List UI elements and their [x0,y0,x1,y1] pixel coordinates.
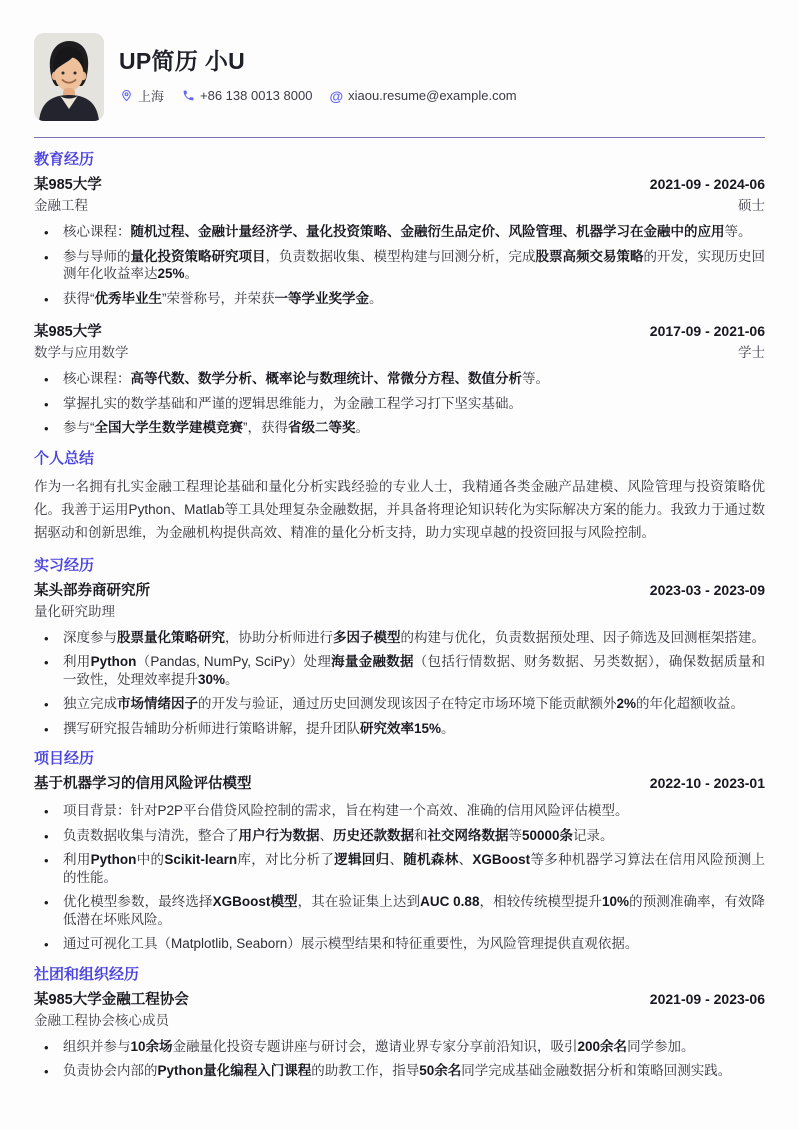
date-range: 2022-10 - 2023-01 [650,775,765,791]
at-sign-icon: @ [329,89,343,103]
date-range: 2021-09 - 2024-06 [650,176,765,192]
project-item-head: 基于机器学习的信用风险评估模型 2022-10 - 2023-01 [34,775,765,794]
education-item-sub: 金融工程 硕士 [34,197,765,215]
education-item-head: 某985大学 2021-09 - 2024-06 [34,176,765,195]
club-item-sub: 金融工程协会核心成员 [34,1012,765,1030]
section-title-education: 教育经历 [34,150,765,169]
bullet-list: 核心课程：高等代数、数学分析、概率论与数理统计、常微分方程、数值分析等。 掌握扎… [34,370,765,437]
contact-email: @ xiaou.resume@example.com [329,88,516,103]
avatar-illustration [34,33,104,121]
section-title-summary: 个人总结 [34,449,765,468]
location-pin-icon [119,89,133,103]
school-name: 某985大学 [34,176,102,195]
bullet-item: 利用Python中的Scikit-learn库，对比分析了逻辑回归、随机森林、X… [34,851,765,886]
section-title-clubs: 社团和组织经历 [34,965,765,984]
internship-item: 某头部券商研究所 2023-03 - 2023-09 量化研究助理 深度参与股票… [34,582,765,738]
contact-location-text: 上海 [138,86,164,105]
bullet-list: 核心课程：随机过程、金融计量经济学、量化投资策略、金融衍生品定价、风险管理、机器… [34,223,765,307]
bullet-list: 深度参与股票量化策略研究，协助分析师进行多因子模型的构建与优化，负责数据预处理、… [34,629,765,738]
role: 金融工程协会核心成员 [34,1012,169,1030]
bullet-item: 核心课程：高等代数、数学分析、概率论与数理统计、常微分方程、数值分析等。 [34,370,765,388]
bullet-item: 核心课程：随机过程、金融计量经济学、量化投资策略、金融衍生品定价、风险管理、机器… [34,223,765,241]
bullet-item: 深度参与股票量化策略研究，协助分析师进行多因子模型的构建与优化，负责数据预处理、… [34,629,765,647]
bullet-item: 独立完成市场情绪因子的开发与验证，通过历史回测发现该因子在特定市场环境下能贡献额… [34,695,765,713]
section-title-projects: 项目经历 [34,749,765,768]
club-item: 某985大学金融工程协会 2021-09 - 2023-06 金融工程协会核心成… [34,991,765,1080]
phone-icon [181,89,195,103]
resume-header: UP简历 小U 上海 [34,33,765,121]
section-clubs: 社团和组织经历 某985大学金融工程协会 2021-09 - 2023-06 金… [34,965,765,1080]
education-item-head: 某985大学 2017-09 - 2021-06 [34,323,765,342]
resume-page: UP简历 小U 上海 [0,0,799,1080]
header-divider [34,137,765,138]
major: 数学与应用数学 [34,344,129,362]
date-range: 2021-09 - 2023-06 [650,991,765,1007]
section-projects: 项目经历 基于机器学习的信用风险评估模型 2022-10 - 2023-01 项… [34,749,765,953]
section-summary: 个人总结 作为一名拥有扎实金融工程理论基础和量化分析实践经验的专业人士，我精通各… [34,449,765,544]
section-internship: 实习经历 某头部券商研究所 2023-03 - 2023-09 量化研究助理 深… [34,556,765,738]
contact-phone: +86 138 0013 8000 [181,88,312,103]
degree: 学士 [738,344,765,362]
date-range: 2017-09 - 2021-06 [650,323,765,339]
club-item-head: 某985大学金融工程协会 2021-09 - 2023-06 [34,991,765,1010]
bullet-item: 获得“优秀毕业生”荣誉称号，并荣获一等学业奖学金。 [34,290,765,308]
bullet-item: 撰写研究报告辅助分析师进行策略讲解，提升团队研究效率15%。 [34,720,765,738]
project-item: 基于机器学习的信用风险评估模型 2022-10 - 2023-01 项目背景：针… [34,775,765,953]
education-item: 某985大学 2017-09 - 2021-06 数学与应用数学 学士 核心课程… [34,323,765,437]
bullet-list: 组织并参与10余场金融量化投资专题讲座与研讨会，邀请业界专家分享前沿知识，吸引2… [34,1038,765,1080]
section-title-internship: 实习经历 [34,556,765,575]
bullet-item: 组织并参与10余场金融量化投资专题讲座与研讨会，邀请业界专家分享前沿知识，吸引2… [34,1038,765,1056]
contact-row: 上海 +86 138 0013 8000 @ xiaou.resume@exam… [119,86,517,105]
section-education: 教育经历 某985大学 2021-09 - 2024-06 金融工程 硕士 核心… [34,150,765,437]
major: 金融工程 [34,197,88,215]
avatar-photo [34,33,104,121]
bullet-item: 优化模型参数，最终选择XGBoost模型，其在验证集上达到AUC 0.88，相较… [34,893,765,928]
contact-email-text: xiaou.resume@example.com [348,88,517,103]
company-name: 某头部券商研究所 [34,582,150,601]
org-name: 某985大学金融工程协会 [34,991,189,1010]
education-item-sub: 数学与应用数学 学士 [34,344,765,362]
project-name: 基于机器学习的信用风险评估模型 [34,775,252,794]
bullet-item: 项目背景：针对P2P平台借贷风险控制的需求，旨在构建一个高效、准确的信用风险评估… [34,802,765,820]
bullet-item: 负责协会内部的Python量化编程入门课程的助教工作，指导50余名同学完成基础金… [34,1062,765,1080]
role: 量化研究助理 [34,603,115,621]
summary-paragraph: 作为一名拥有扎实金融工程理论基础和量化分析实践经验的专业人士，我精通各类金融产品… [34,475,765,544]
contact-phone-text: +86 138 0013 8000 [200,88,312,103]
internship-item-sub: 量化研究助理 [34,603,765,621]
bullet-item: 参与导师的量化投资策略研究项目，负责数据收集、模型构建与回测分析，完成股票高频交… [34,248,765,283]
header-text-block: UP简历 小U 上海 [119,33,517,121]
bullet-item: 掌握扎实的数学基础和严谨的逻辑思维能力，为金融工程学习打下坚实基础。 [34,395,765,413]
candidate-name: UP简历 小U [119,46,517,76]
bullet-list: 项目背景：针对P2P平台借贷风险控制的需求，旨在构建一个高效、准确的信用风险评估… [34,802,765,953]
bullet-item: 利用Python（Pandas, NumPy, SciPy）处理海量金融数据（包… [34,653,765,688]
bullet-item: 参与“全国大学生数学建模竞赛”，获得省级二等奖。 [34,419,765,437]
education-item: 某985大学 2021-09 - 2024-06 金融工程 硕士 核心课程：随机… [34,176,765,307]
bullet-item: 负责数据收集与清洗，整合了用户行为数据、历史还款数据和社交网络数据等50000条… [34,827,765,845]
internship-item-head: 某头部券商研究所 2023-03 - 2023-09 [34,582,765,601]
school-name: 某985大学 [34,323,102,342]
degree: 硕士 [738,197,765,215]
date-range: 2023-03 - 2023-09 [650,582,765,598]
bullet-item: 通过可视化工具（Matplotlib, Seaborn）展示模型结果和特征重要性… [34,935,765,953]
contact-location: 上海 [119,86,164,105]
